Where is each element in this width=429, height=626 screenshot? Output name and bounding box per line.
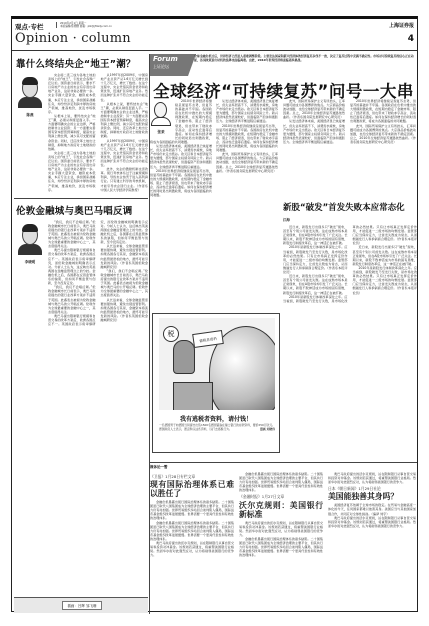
digest-columns: 《卫报》1月28日专栏文章 现有国际治理体系已难以胜任了 金融危机暴露出现行国际… <box>150 472 417 612</box>
newspaper-page: 观点·专栏 2010年2月1日 星期一 本版编辑/陈珊珊 邮箱：plk@jfda… <box>11 16 418 612</box>
portrait-hair <box>22 77 38 85</box>
cartoon-description-text: 一名德国男子向德国当局提出出售1500名德国富翁在瑞士银行的存款资料，要价250… <box>159 423 275 431</box>
digest-item-2: 金融危机暴露出现行国际治理体系的诸多缺陷。二十国集团虽已取代八国集团成为全球经济… <box>239 472 323 612</box>
portrait-face <box>154 102 167 118</box>
digest-label: 媒体论一瞥 <box>150 463 417 472</box>
paragraph: 奥巴马政府提出的沃尔克规则，旨在限制银行从事自营交易和投资对冲基金。该规则若获通… <box>328 472 416 484</box>
paragraph: 从发达经济体来看，美国经济虽已恢复增长，但失业率居高不下，消费需求疲软，房地产市… <box>150 144 212 169</box>
paragraph: 此外，国际贸易保护主义有所抬头，汇率问题可能成为各国博弈的焦点。大宗商品价格波动… <box>350 124 416 144</box>
forum-column-4: 2010年世界经济将继续呈现复苏态势，但复苏的基础并不牢固。各国政府在危机中推出… <box>350 99 416 195</box>
article-text-columns: “我们，我们不会唱反调。”伦敦金融城市长日前表示，奥巴马政府提出的银行业改革方案… <box>48 220 148 326</box>
masthead-meta: 2010年2月1日 星期一 本版编辑/陈珊珊 邮箱：plk@jfdaily.co… <box>56 22 112 28</box>
section-title-cn: 观点·专栏 <box>15 22 43 31</box>
paragraph: “我们，我们不会唱反调。”伦敦金融城市长日前表示，奥巴马政府提出的银行业改革方案… <box>48 220 96 249</box>
author-photo: 李晓明 <box>15 222 45 264</box>
digest-item-3: 奥巴马政府提出的沃尔克规则，旨在限制银行从事自营交易和投资对冲基金。该规则若获通… <box>328 472 416 612</box>
article-body: 李晓明 “我们，我们不会唱反调。”伦敦金融城市长日前表示，奥巴马政府提出的银行业… <box>14 220 148 326</box>
author-photo: 张茉 <box>150 100 172 134</box>
forum-column-2: 从发达经济体来看，美国经济虽已恢复增长，但失业率居高不下，消费需求疲软，房地产市… <box>216 99 278 304</box>
paragraph: 此外，国际贸易保护主义有所抬头，汇率问题可能成为各国博弈的焦点。大宗商品价格波动… <box>216 152 278 172</box>
paragraph: “我们，我们不会唱反调。”伦敦金融城市长日前表示，奥巴马政府提出的银行业改革方案… <box>48 285 96 314</box>
masthead: 观点·专栏 2010年2月1日 星期一 本版编辑/陈珊珊 邮箱：plk@jfda… <box>12 19 417 51</box>
paragraph: 央企接二连三成为各地土地拍卖场上的“地王”，引发社会各界广泛议论。国资委日前表示… <box>48 73 96 114</box>
forum-badge: Forum 上证论坛 <box>150 54 188 76</box>
article-body: 陈燕 央企接二连三成为各地土地拍卖场上的“地王”，引发社会各界广泛议论。国资委日… <box>14 73 148 192</box>
digest-item-1: 《卫报》1月28日专栏文章 现有国际治理体系已难以胜任了 金融危机暴露出现行国际… <box>150 472 234 612</box>
cartoon-panel: 税 偷税者资料 我有逃税者资料，请付钱！ 一名德国男子向德国当局提出出售1500… <box>152 313 280 453</box>
paragraph: 奥巴马政府提出的沃尔克规则，旨在限制银行从事自营交易和投资对冲基金。该规则若获通… <box>239 521 323 537</box>
figure-illustration <box>173 340 195 374</box>
cartoon-caption: 我有逃税者资料，请付钱！ <box>153 414 279 423</box>
author-name: 陈燕 <box>15 113 45 117</box>
paragraph: 2010年世界经济将继续呈现复苏态势，但复苏的基础并不牢固。各国政府在危机中推出… <box>216 124 278 153</box>
cartoon-credit: 漫画 刘晓伟 <box>260 428 275 432</box>
article-text-columns: 央企接二连三成为各地土地拍卖场上的“地王”，引发社会各界广泛议论。国资委日前表示… <box>48 73 148 192</box>
article-central-soe-land: 靠什么终结央企“地王”潮？ 陈燕 央企接二连三成为各地土地拍卖场上的“地王”，引… <box>14 54 148 192</box>
digest-source: 日本《朝日新闻》1月29日社论 <box>328 484 416 491</box>
digest-title[interactable]: 现有国际治理体系已难以胜任了 <box>150 479 234 500</box>
paragraph: 奥巴马提出限制银行规模和自营交易的改革方案后，欧洲各国反应不一。英国政府表示将审… <box>48 248 96 285</box>
paragraph: 奥巴马政府提出的沃尔克规则，旨在限制银行从事自营交易和投资对冲基金。该规则若获通… <box>150 541 234 557</box>
article-london-city: 伦敦金融城与奥巴马唱反调 李晓明 “我们，我们不会唱反调。”伦敦金融城市长日前表… <box>14 198 148 326</box>
paragraph: 央企接二连三成为各地土地拍卖场上的“地王”，引发社会各界广泛议论。国资委日前表示… <box>48 151 96 192</box>
footer-tag: 插画：吕辉 邹飞珊 <box>62 601 102 610</box>
paragraph: 从发达经济体来看，美国经济虽已恢复增长，但失业率居高不下，消费需求疲软，房地产市… <box>283 119 345 144</box>
paragraph: 近日来，新股发行出现多只“破发”现象，甚至有个别公司首发失败。这在成熟市场本是正… <box>283 274 348 294</box>
editor-line: 本版编辑/陈珊珊 邮箱：plk@jfdaily.com.cn <box>60 25 112 28</box>
paragraph: 从1997年到2009年，中国房地产业总资产从1.6万亿元增长到十几万亿元，增长… <box>101 73 149 102</box>
paragraph: 近日来，新股发行出现多只“破发”现象，甚至有个别公司首发失败。这在成熟市场本是正… <box>353 245 418 265</box>
paragraph: 从根本上说，要终结央企“地王”潮，必须从制度层面入手。一方面要明确央企的主业边界… <box>101 102 149 139</box>
digest-source: 《金融时报》1月27日文章 <box>239 492 323 499</box>
paragraph: 金融危机暴露出现行国际治理体系的诸多缺陷。二十国集团虽已取代八国集团成为全球经济… <box>239 472 323 492</box>
forum-column-3: 此外，国际贸易保护主义有所抬头，汇率问题可能成为各国博弈的焦点。大宗商品价格波动… <box>283 99 345 195</box>
forum-badge-cn: 上证论坛 <box>150 64 188 70</box>
paragraph: 从长远来看，全球金融监管需要加强协调，避免出现监管套利。如果各国各行其是，金融资… <box>101 298 149 323</box>
paragraph: 从根本上说，要终结央企“地王”潮，必须从制度层面入手。一方面要明确央企的主业边界… <box>48 114 96 151</box>
paragraph: 此外，央企的激励机制也需改革。现行考核体系过于注重规模和利润，导致央企热衷于进入… <box>101 167 149 192</box>
paragraph: “我们，我们不会唱反调。”伦敦金融城市长日前表示，奥巴马政府提出的银行业改革方案… <box>101 269 149 298</box>
podium-illustration <box>173 382 213 410</box>
paragraph: 金融危机暴露出现行国际治理体系的诸多缺陷。二十国集团虽已取代八国集团成为全球经济… <box>150 521 234 541</box>
paragraph: 2010年世界经济将继续呈现复苏态势，但复苏的基础并不牢固。各国政府在危机中推出… <box>350 99 416 124</box>
paragraph: 金融危机暴露出现行国际治理体系的诸多缺陷。二十国集团虽已取代八国集团成为全球经济… <box>239 537 323 557</box>
paragraph: 金融危机暴露出现行国际治理体系的诸多缺陷。二十国集团虽已取代八国集团成为全球经济… <box>150 500 234 520</box>
footer-band: 插画：吕辉 邹飞珊 <box>14 597 148 613</box>
paragraph: 此外，国际贸易保护主义有所抬头，汇率问题可能成为各国博弈的焦点。大宗商品价格波动… <box>283 99 345 119</box>
ipo-article-title[interactable]: 新股“破发”首发失败本应常态化 <box>283 195 417 216</box>
forum-badge-en: Forum <box>150 54 188 64</box>
author-photo: 陈燕 <box>15 75 45 117</box>
cartoon-description: 一名德国男子向德国当局提出出售1500名德国富翁在瑞士银行的存款资料，要价250… <box>159 424 275 432</box>
forum-column-1: 张茉 2010年世界经济将继续呈现复苏态势，但复苏的基础并不牢固。各国政府在危机… <box>150 99 212 304</box>
paragraph: 从发达经济体来看，美国经济虽已恢复增长，但失业率居高不下，消费需求疲软，房地产市… <box>216 99 278 124</box>
digest-title[interactable]: 美国能独善其身吗？ <box>328 491 416 503</box>
paragraph: 2010年是新股发行体制改革深化之年。应当看到，新股破发乃至发行失败，是市场化改… <box>283 245 348 274</box>
digest-source: 《卫报》1月28日专栏文章 <box>150 472 234 479</box>
cartoon-illustration: 税 偷税者资料 <box>159 318 275 410</box>
paper-name: 上海证券报 <box>389 22 414 29</box>
portrait-hair <box>22 224 38 232</box>
page-number: 4 <box>408 34 414 44</box>
ipo-article-body: 近日来，新股发行出现多只“破发”现象，甚至有个别公司首发失败。这在成熟市场本是正… <box>283 225 417 303</box>
article-title[interactable]: 靠什么终结央企“地王”潮？ <box>14 54 148 73</box>
paragraph: 从长远来看，全球金融监管需要加强协调，避免出现监管套利。如果各国各行其是，金融资… <box>101 244 149 269</box>
paragraph: 近日来，新股发行出现多只“破发”现象，甚至有个别公司首发失败。这在成熟市场本是正… <box>283 225 348 245</box>
digest-title[interactable]: 沃尔克规则：美国银行新标准 <box>239 500 323 521</box>
author-name: 李晓明 <box>15 260 45 264</box>
author-name: 张茉 <box>150 130 172 134</box>
paragraph: 奥巴马政府提出的沃尔克规则，旨在限制银行从事自营交易和投资对冲基金。该规则若获通… <box>328 516 416 528</box>
paragraph: 2010年是新股发行体制改革深化之年。应当看到，新股破发乃至发行失败，是市场化改… <box>353 266 418 295</box>
forum-lead: 全球金融危机过后，世界经济已经进入艰难调整阶段。主要发达国家和新兴经济体的经济复… <box>194 55 416 63</box>
ipo-article: 新股“破发”首发失败本应常态化 江海 近日来，新股发行出现多只“破发”现象，甚至… <box>283 195 417 464</box>
media-digest: 媒体论一瞥 《卫报》1月28日专栏文章 现有国际治理体系已难以胜任了 金融危机暴… <box>150 462 417 612</box>
portrait-body <box>18 244 42 255</box>
left-column: 靠什么终结央企“地王”潮？ 陈燕 央企接二连三成为各地土地拍卖场上的“地王”，引… <box>14 54 148 326</box>
paragraph: 美国经济复苏依赖于全球市场的稳定。在贸易与金融高度一体化的今天，任何国家都难以独… <box>328 503 416 515</box>
portrait-body <box>18 97 42 108</box>
section-title-en: Opinion · column <box>15 31 131 46</box>
article-title[interactable]: 伦敦金融城与奥巴马唱反调 <box>14 199 148 220</box>
paragraph: 2010年世界经济将继续呈现复苏态势，但复苏的基础并不牢固。各国政府在危机中推出… <box>150 169 212 198</box>
tax-bubble-icon: 税 <box>163 326 179 342</box>
ipo-article-byline: 江海 <box>283 216 417 225</box>
portrait-body <box>151 117 171 126</box>
paragraph: 从1997年到2009年，中国房地产业总资产从1.6万亿元增长到十几万亿元，增长… <box>101 139 149 168</box>
